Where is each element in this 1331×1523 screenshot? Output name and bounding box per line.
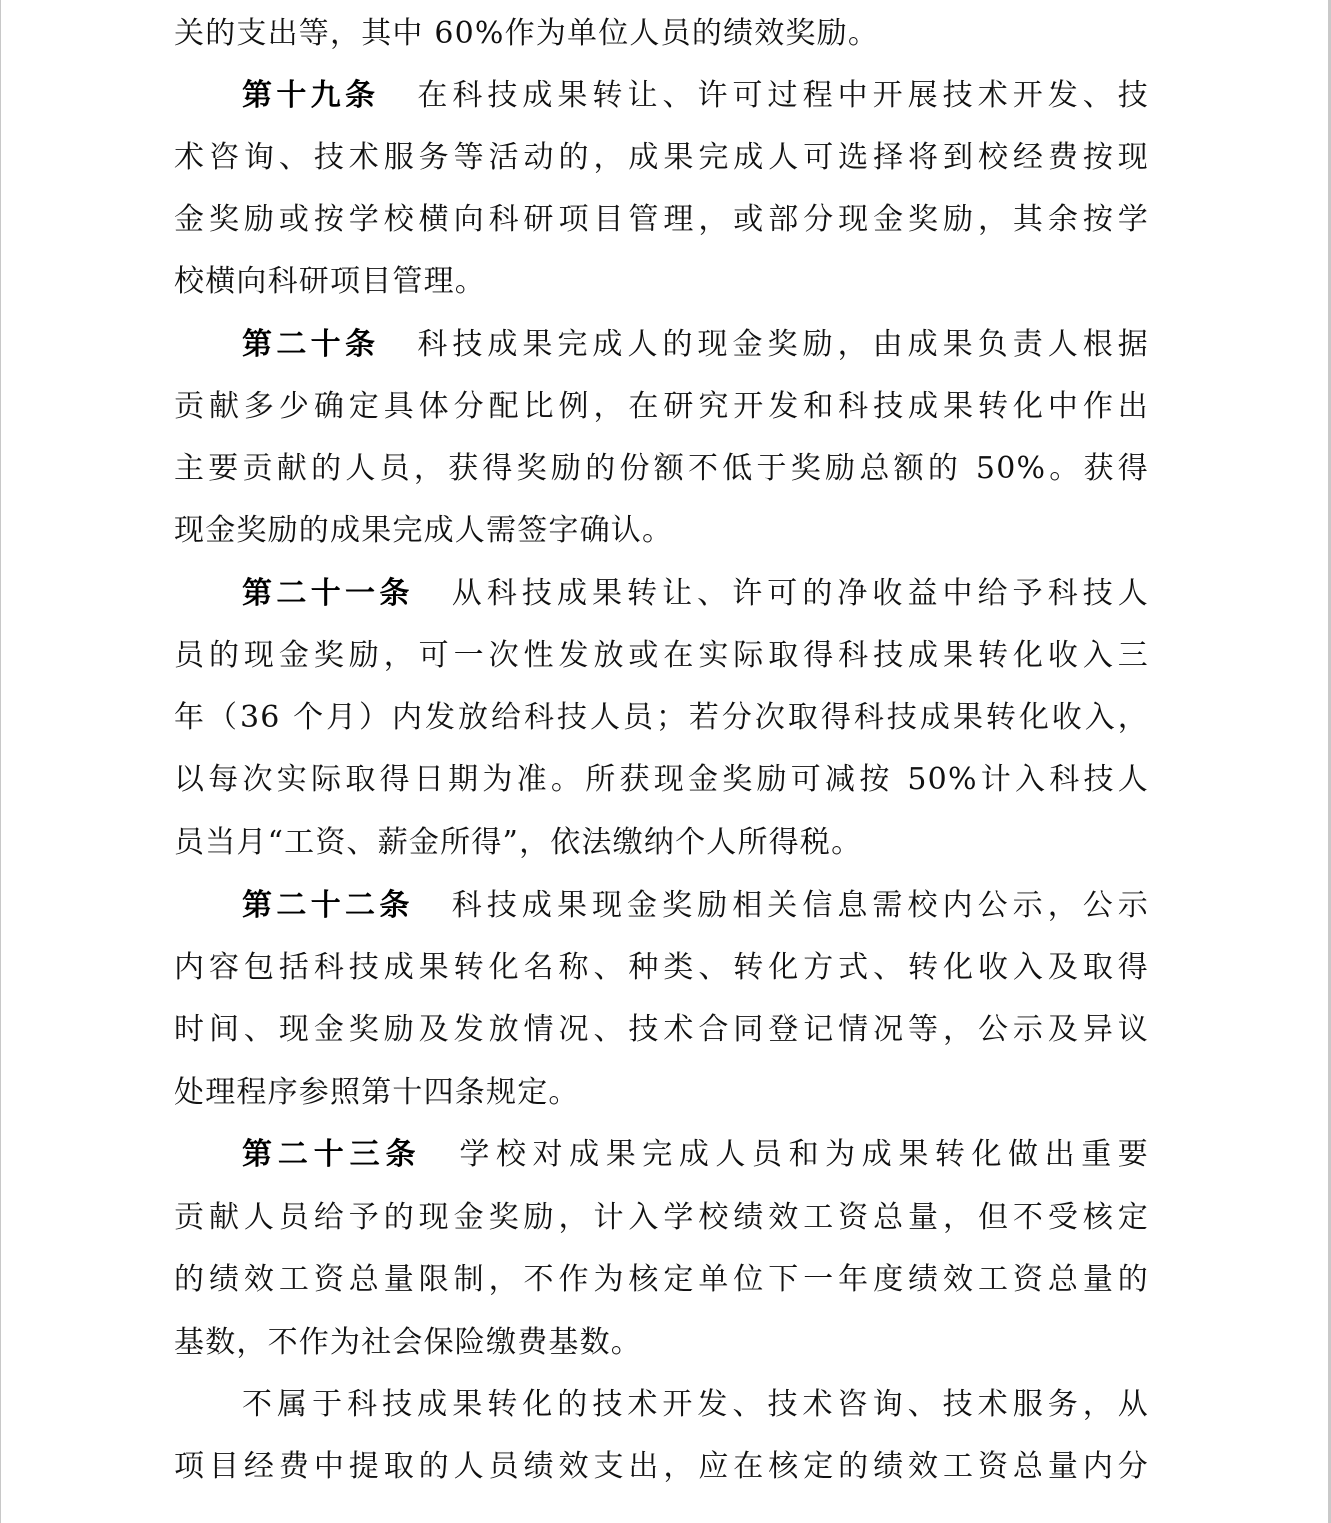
article-22-heading-line: 第二十二条科技成果现金奖励相关信息需校内公示，公示 bbox=[174, 875, 1149, 937]
article-22-line-3: 时间、现金奖励及发放情况、技术合同登记情况等，公示及异议 bbox=[174, 999, 1149, 1061]
article-21-line-5: 员当月“工资、薪金所得”，依法缴纳个人所得税。 bbox=[174, 812, 1149, 874]
article-19-heading-line: 第十九条在科技成果转让、许可过程中开展技术开发、技 bbox=[174, 65, 1149, 127]
article-23-line-2: 贡献人员给予的现金奖励，计入学校绩效工资总量，但不受核定 bbox=[174, 1187, 1149, 1249]
article-number-19: 第十九条 bbox=[242, 78, 379, 113]
document-page: 关的支出等，其中 60%作为单位人员的绩效奖励。 第十九条在科技成果转让、许可过… bbox=[0, 0, 1331, 1523]
article-19-line-3: 金奖励或按学校横向科研项目管理，或部分现金奖励，其余按学 bbox=[174, 189, 1149, 251]
article-number-21: 第二十一条 bbox=[242, 576, 414, 611]
article-22-line-4: 处理程序参照第十四条规定。 bbox=[174, 1062, 1149, 1124]
article-21-line-4: 以每次实际取得日期为准。所获现金奖励可减按 50%计入科技人 bbox=[174, 749, 1149, 811]
article-20-line-4: 现金奖励的成果完成人需签字确认。 bbox=[174, 500, 1149, 562]
article-21-line-3: 年（36 个月）内发放给科技人员；若分次取得科技成果转化收入， bbox=[174, 687, 1149, 749]
article-20-line-3: 主要贡献的人员，获得奖励的份额不低于奖励总额的 50%。获得 bbox=[174, 438, 1149, 500]
article-19-line-4: 校横向科研项目管理。 bbox=[174, 251, 1149, 313]
text-line: 从科技成果转让、许可的净收益中给予科技人 bbox=[452, 576, 1149, 611]
article-21-heading-line: 第二十一条从科技成果转让、许可的净收益中给予科技人 bbox=[174, 563, 1149, 625]
article-19-line-2: 术咨询、技术服务等活动的，成果完成人可选择将到校经费按现 bbox=[174, 127, 1149, 189]
text-line: 在科技成果转让、许可过程中开展技术开发、技 bbox=[417, 78, 1149, 113]
text-line: 科技成果现金奖励相关信息需校内公示，公示 bbox=[452, 888, 1149, 923]
article-number-22: 第二十二条 bbox=[242, 888, 414, 923]
paragraph-continuation-line-1: 关的支出等，其中 60%作为单位人员的绩效奖励。 bbox=[174, 3, 1149, 65]
text-line: 关的支出等，其中 60%作为单位人员的绩效奖励。 bbox=[174, 16, 879, 51]
text-line: 科技成果完成人的现金奖励，由成果负责人根据 bbox=[417, 327, 1149, 362]
article-20-heading-line: 第二十条科技成果完成人的现金奖励，由成果负责人根据 bbox=[174, 314, 1149, 376]
note-paragraph-line-1: 不属于科技成果转化的技术开发、技术咨询、技术服务，从 bbox=[174, 1374, 1149, 1436]
article-22-line-2: 内容包括科技成果转化名称、种类、转化方式、转化收入及取得 bbox=[174, 937, 1149, 999]
article-23-line-3: 的绩效工资总量限制，不作为核定单位下一年度绩效工资总量的 bbox=[174, 1249, 1149, 1311]
article-23-line-4: 基数，不作为社会保险缴费基数。 bbox=[174, 1312, 1149, 1374]
article-20-line-2: 贡献多少确定具体分配比例，在研究开发和科技成果转化中作出 bbox=[174, 376, 1149, 438]
article-21-line-2: 员的现金奖励，可一次性发放或在实际取得科技成果转化收入三 bbox=[174, 625, 1149, 687]
article-23-heading-line: 第二十三条学校对成果完成人员和为成果转化做出重要 bbox=[174, 1124, 1149, 1186]
text-line: 学校对成果完成人员和为成果转化做出重要 bbox=[459, 1137, 1149, 1172]
article-number-23: 第二十三条 bbox=[242, 1137, 421, 1172]
article-number-20: 第二十条 bbox=[242, 327, 379, 362]
note-paragraph-line-2: 项目经费中提取的人员绩效支出，应在核定的绩效工资总量内分 bbox=[174, 1436, 1149, 1498]
